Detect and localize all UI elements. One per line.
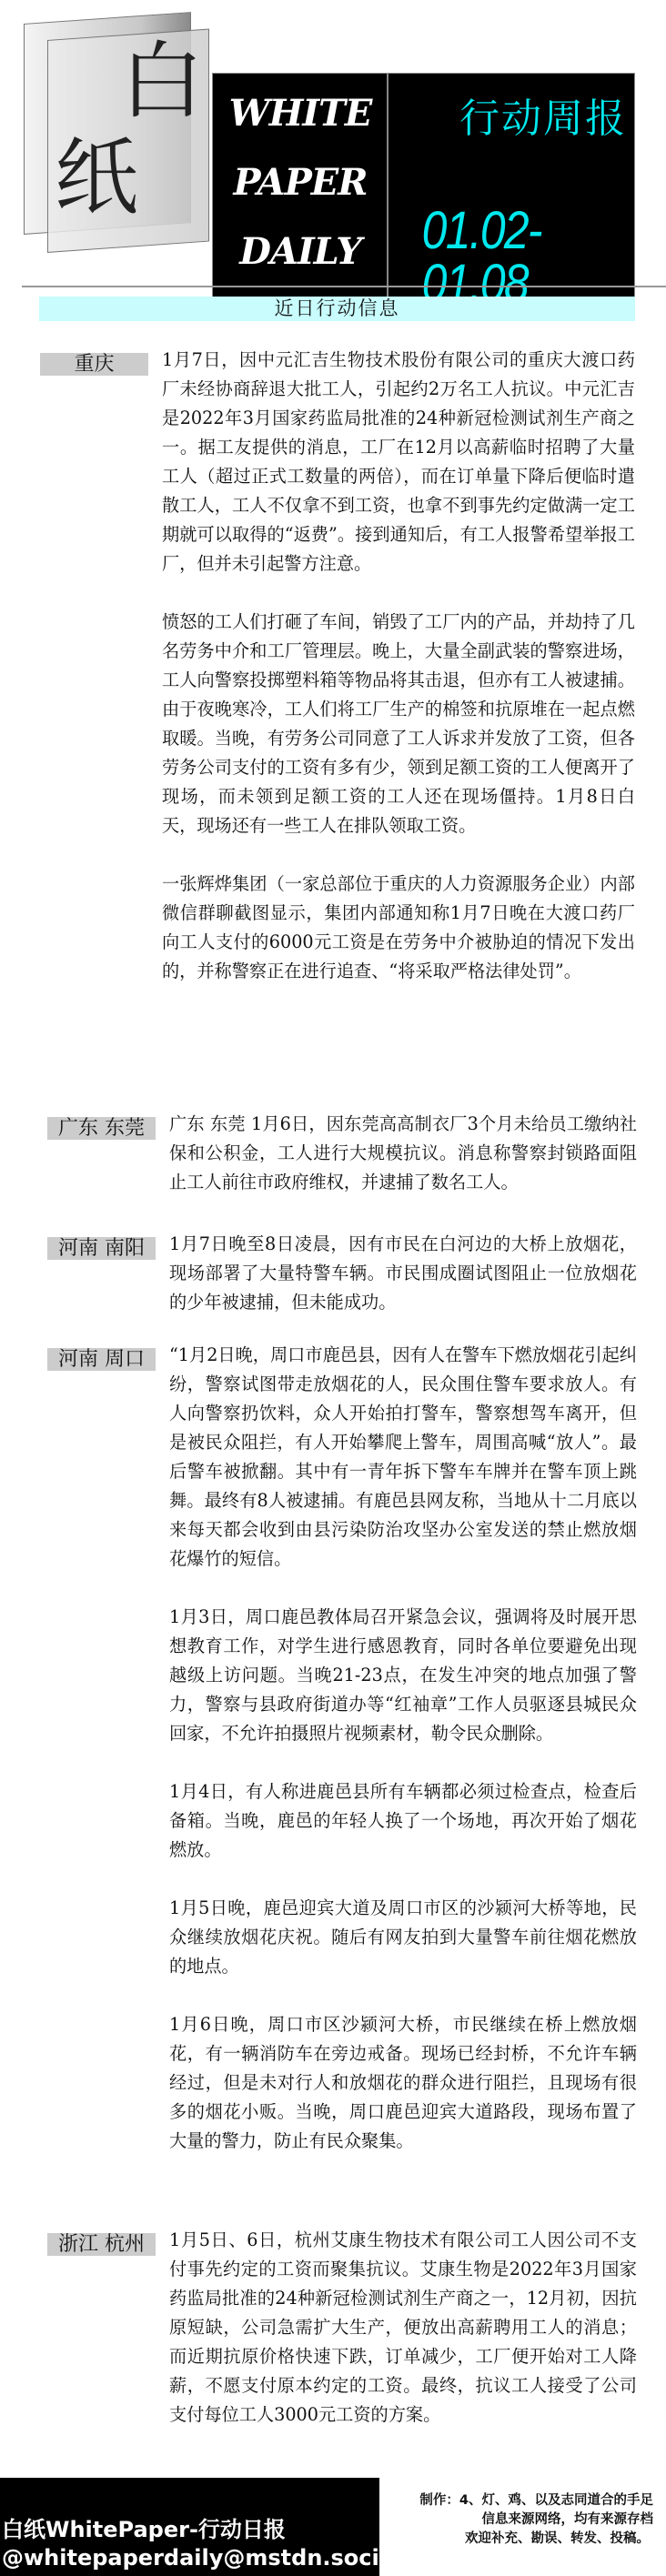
title-line-white: WHITE — [218, 79, 382, 148]
logo-char-bai: 白 — [120, 40, 204, 124]
english-title-box: WHITE PAPER DAILY — [212, 73, 388, 298]
entry-paragraph: 1月6日晚，周口市区沙颍河大桥，市民继续在桥上燃放烟花，有一辆消防车在旁边戒备。… — [169, 2010, 637, 2156]
credits-contribute: 欢迎补充、勘误、转发、投稿。 — [419, 2530, 650, 2549]
entry-paragraph: 1月5日晚，鹿邑迎宾大道及周口市区的沙颍河大桥等地，民众继续放烟花庆祝。随后有网… — [169, 1894, 637, 1981]
credits-sources: 信息来源网络，均有来源存档 — [419, 2511, 653, 2530]
divider-rule — [22, 286, 666, 287]
entry-body: 1月7日晚至8日凌晨，因有市民在白河边的大桥上放烟花，现场部署了大量特警车辆。市… — [169, 1230, 637, 1317]
english-title: WHITE PAPER DAILY — [218, 79, 382, 287]
issue-box: 行动周报 01.02-01.08 — [388, 73, 635, 298]
entry-paragraph: “1月2日晚，周口市鹿邑县，因有人在警车下燃放烟花引起纠纷，警察试图带走放烟花的… — [169, 1341, 637, 1574]
entry-paragraph: 1月7日，因中元汇吉生物技术股份有限公司的重庆大渡口药厂未经协商辞退大批工人，引… — [162, 346, 635, 579]
location-label: 河南 南阳 — [47, 1237, 156, 1260]
footer-handle: @whitepaperdaily@mstdn.social — [2, 2547, 401, 2569]
entry-paragraph: 1月4日，有人称进鹿邑县所有车辆都必须过检查点，检查后备箱。当晚，鹿邑的年轻人换… — [169, 1777, 637, 1865]
entry-paragraph: 1月7日晚至8日凌晨，因有市民在白河边的大桥上放烟花，现场部署了大量特警车辆。市… — [169, 1230, 637, 1317]
masthead: 白 纸 WHITE PAPER DAILY 行动周报 01.02-01.08 — [0, 0, 666, 273]
location-label: 河南 周口 — [47, 1348, 156, 1371]
entry-paragraph: 1月5日、6日，杭州艾康生物技术有限公司工人因公司不支付事先约定的工资而聚集抗议… — [169, 2226, 637, 2430]
location-label: 重庆 — [40, 353, 148, 376]
location-label: 广东 东莞 — [47, 1117, 156, 1140]
entry-body: 1月5日、6日，杭州艾康生物技术有限公司工人因公司不支付事先约定的工资而聚集抗议… — [169, 2226, 637, 2430]
location-label: 浙江 杭州 — [47, 2233, 156, 2256]
footer-credits: 制作：4、灯、鸡、以及志同道合的手足 信息来源网络，均有来源存档 欢迎补充、勘误… — [419, 2491, 653, 2549]
entry-body: “1月2日晚，周口市鹿邑县，因有人在警车下燃放烟花引起纠纷，警察试图带走放烟花的… — [169, 1341, 637, 2156]
entry-body: 1月7日，因中元汇吉生物技术股份有限公司的重庆大渡口药厂未经协商辞退大批工人，引… — [162, 346, 635, 986]
logo-char-zhi: 纸 — [55, 136, 138, 220]
title-line-paper: PAPER — [218, 148, 382, 217]
entry-paragraph: 一张辉烨集团（一家总部位于重庆的人力资源服务企业）内部微信群聊截图显示，集团内部… — [162, 870, 635, 986]
issue-date-range: 01.02-01.08 — [422, 205, 627, 310]
section-heading: 近日行动信息 — [39, 297, 635, 321]
title-line-daily: DAILY — [218, 217, 382, 287]
entry-paragraph: 广东 东莞 1月6日，因东莞高高制衣厂3个月未给员工缴纳社保和公积金，工人进行大… — [169, 1110, 637, 1197]
entry-paragraph: 1月3日，周口鹿邑教体局召开紧急会议，强调将及时展开思想教育工作，对学生进行感恩… — [169, 1603, 637, 1748]
entry-paragraph: 愤怒的工人们打砸了车间，销毁了工厂内的产品，并劫持了几名劳务中介和工厂管理层。晚… — [162, 608, 635, 840]
issue-title: 行动周报 — [459, 99, 627, 139]
entry-body: 广东 东莞 1月6日，因东莞高高制衣厂3个月未给员工缴纳社保和公积金，工人进行大… — [169, 1110, 637, 1197]
credits-makers: 制作：4、灯、鸡、以及志同道合的手足 — [419, 2491, 653, 2511]
footer-brand-line: 白纸WhitePaper-行动日报 — [2, 2519, 286, 2541]
